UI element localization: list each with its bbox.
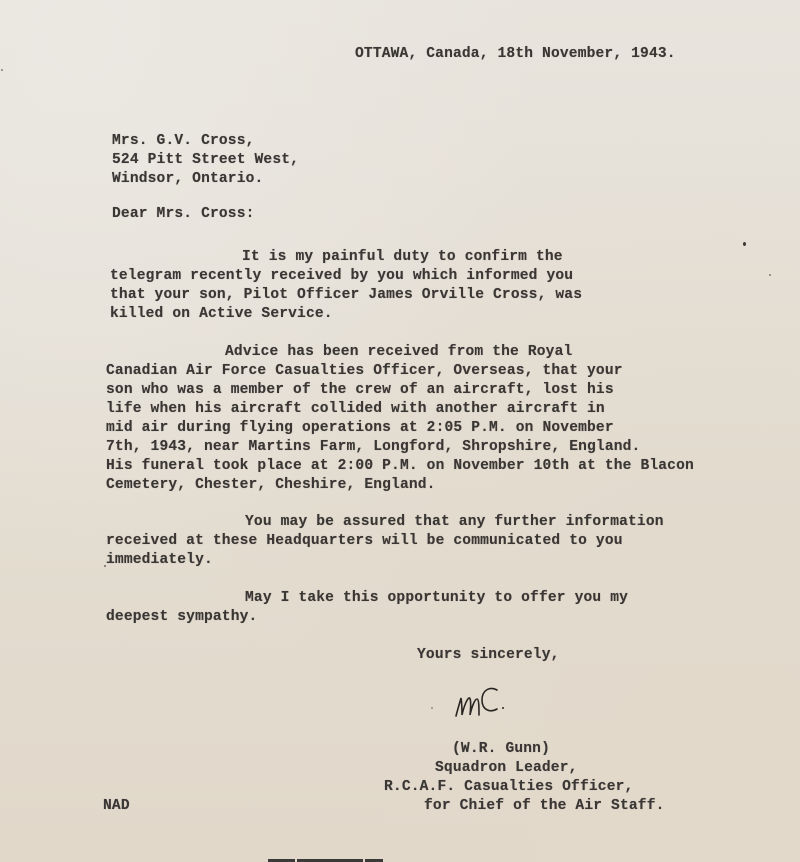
paragraph-line: Canadian Air Force Casualties Officer, O… xyxy=(106,363,623,380)
paragraph-line: May I take this opportunity to offer you… xyxy=(245,590,628,607)
paragraph-line: Cemetery, Chester, Cheshire, England. xyxy=(106,477,436,494)
paragraph-line: 7th, 1943, near Martins Farm, Longford, … xyxy=(106,439,640,456)
paragraph-line: received at these Headquarters will be c… xyxy=(106,533,623,550)
salutation: Dear Mrs. Cross: xyxy=(112,206,255,223)
recipient-city: Windsor, Ontario. xyxy=(112,171,263,188)
paragraph-line: that your son, Pilot Officer James Orvil… xyxy=(110,287,582,304)
recipient-street: 524 Pitt Street West, xyxy=(112,152,299,169)
paragraph-line: You may be assured that any further info… xyxy=(245,514,664,531)
paper-speck xyxy=(743,242,746,246)
paragraph-line: deepest sympathy. xyxy=(106,609,257,626)
paper-speck xyxy=(104,565,106,567)
dateline: OTTAWA, Canada, 18th November, 1943. xyxy=(355,46,676,63)
signatory-rank: Squadron Leader, xyxy=(435,760,578,777)
paragraph-line: killed on Active Service. xyxy=(110,306,333,323)
letter-page: OTTAWA, Canada, 18th November, 1943. Mrs… xyxy=(0,0,800,862)
paragraph-line: son who was a member of the crew of an a… xyxy=(106,382,614,399)
paragraph-line: immediately. xyxy=(106,552,213,569)
paragraph-line: Advice has been received from the Royal xyxy=(225,344,572,361)
closing: Yours sincerely, xyxy=(417,647,560,664)
signature-initials-icon xyxy=(452,682,512,722)
paragraph-line: life when his aircraft collided with ano… xyxy=(106,401,605,418)
signatory-on-behalf: for Chief of the Air Staff. xyxy=(424,798,665,815)
paragraph-line: His funeral took place at 2:00 P.M. on N… xyxy=(106,458,694,475)
paper-speck xyxy=(1,69,3,71)
paragraph-line: mid air during flying operations at 2:05… xyxy=(106,420,614,437)
signatory-title: R.C.A.F. Casualties Officer, xyxy=(384,779,633,796)
typist-initials: NAD xyxy=(103,798,130,815)
signatory-name: (W.R. Gunn) xyxy=(452,741,550,758)
paper-speck xyxy=(431,707,433,709)
recipient-name: Mrs. G.V. Cross, xyxy=(112,133,255,150)
paragraph-line: telegram recently received by you which … xyxy=(110,268,573,285)
paragraph-line: It is my painful duty to confirm the xyxy=(242,249,563,266)
paper-speck xyxy=(769,274,771,276)
